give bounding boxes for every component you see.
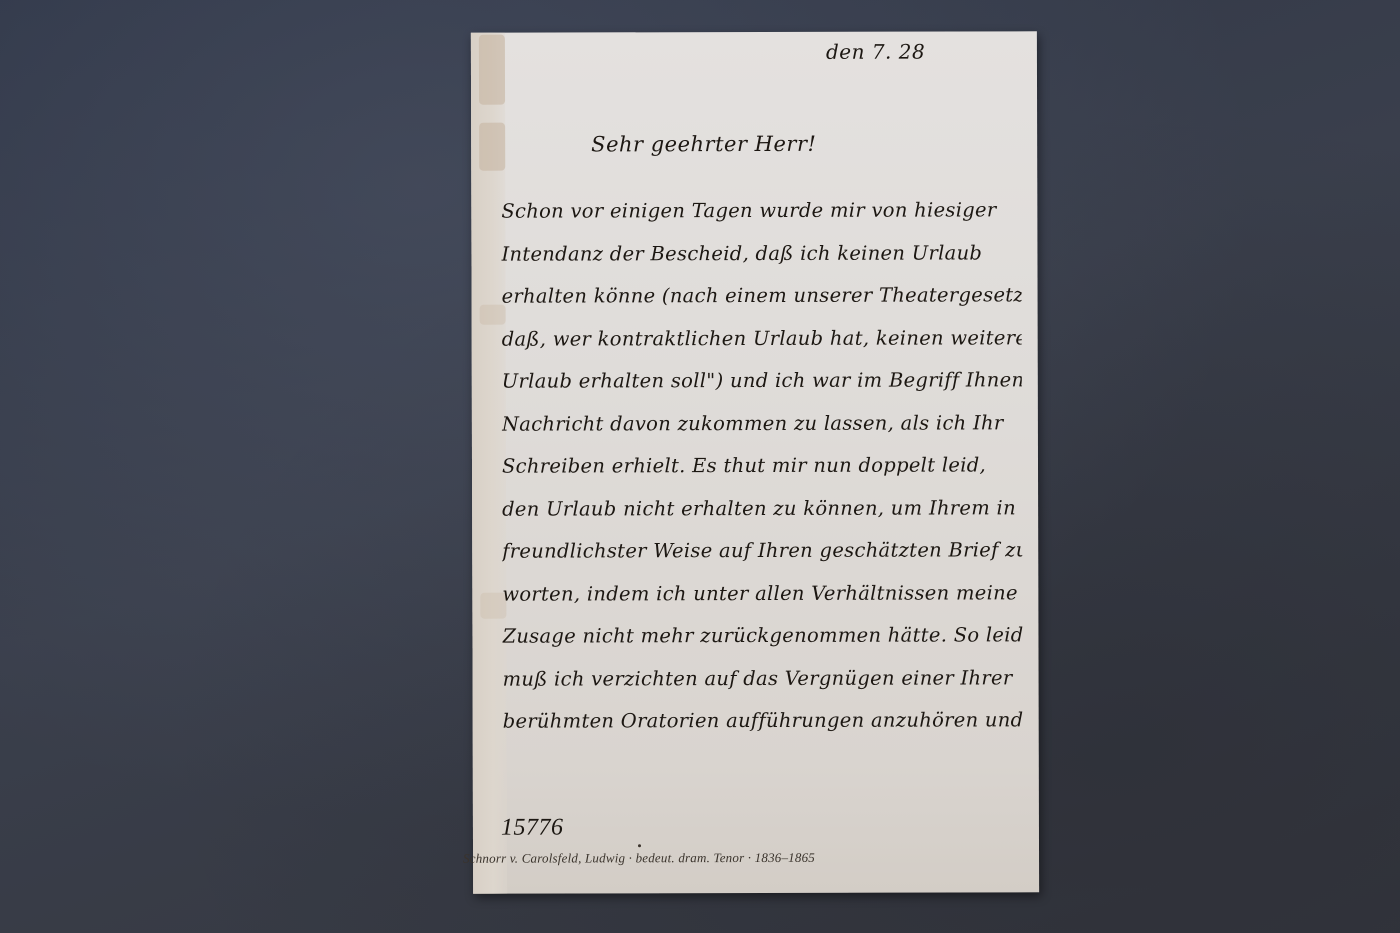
letter-line: den Urlaub nicht erhalten zu können, um … [502, 487, 1022, 531]
letter-line: Intendanz der Bescheid, daß ich keinen U… [501, 232, 1021, 276]
letter-line: Schreiben erhielt. Es thut mir nun doppe… [502, 444, 1022, 488]
letter-line: berühmten Oratorien aufführungen anzuhör… [503, 699, 1023, 743]
letter-line: Schon vor einigen Tagen wurde mir von hi… [501, 189, 1021, 233]
letter-line: erhalten könne (nach einem unserer Theat… [502, 274, 1022, 318]
tape-stain [479, 123, 505, 171]
letter-salutation: Sehr geehrter Herr! [591, 132, 816, 157]
letter-page: den 7. 28 Sehr geehrter Herr! Schon vor … [471, 31, 1039, 893]
archive-number: 15776 [501, 815, 564, 842]
ink-dot [638, 844, 641, 847]
letter-line: Urlaub erhalten soll") und ich war im Be… [502, 359, 1022, 403]
tape-stain [479, 35, 505, 105]
letter-line: freundlichster Weise auf Ihren geschätzt… [502, 529, 1022, 573]
letter-line: Nachricht davon zukommen zu lassen, als … [502, 402, 1022, 446]
letter-body: Schon vor einigen Tagen wurde mir von hi… [501, 189, 1022, 743]
catalog-note: Schnorr v. Carolsfeld, Ludwig · bedeut. … [463, 850, 815, 867]
letter-line: worten, indem ich unter allen Verhältnis… [502, 572, 1022, 616]
letter-date: den 7. 28 [826, 40, 925, 64]
letter-line: daß, wer kontraktlichen Urlaub hat, kein… [502, 317, 1022, 361]
letter-line: Zusage nicht mehr zurückgenommen hätte. … [502, 614, 1022, 658]
letter-line: muß ich verzichten auf das Vergnügen ein… [503, 657, 1023, 701]
